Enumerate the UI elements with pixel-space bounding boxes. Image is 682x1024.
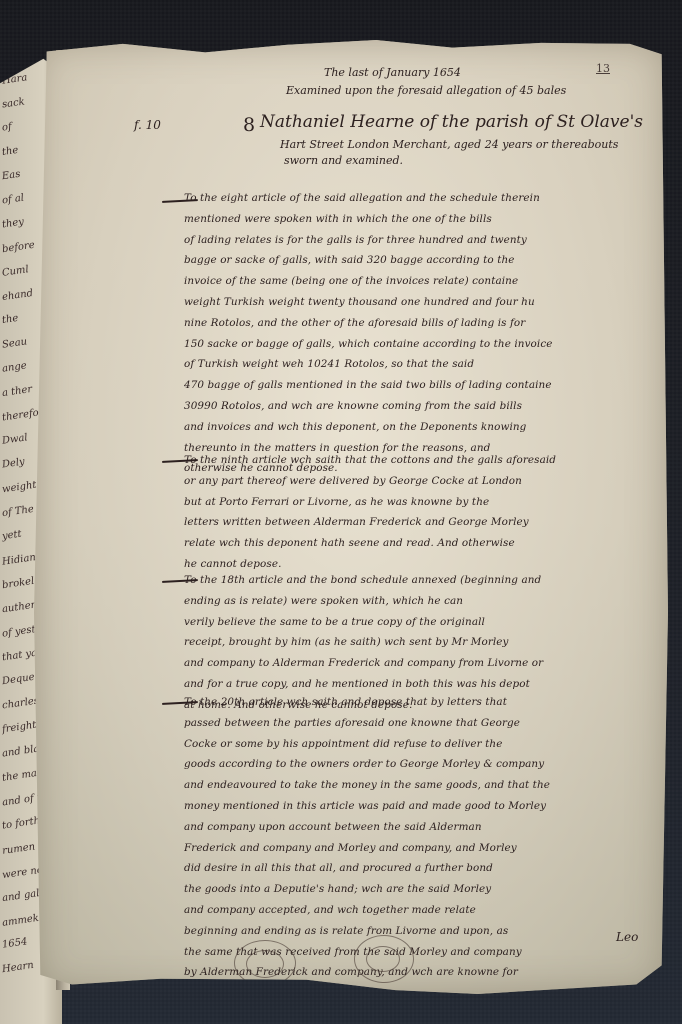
- manuscript-line: and company upon account between the sai…: [184, 817, 682, 838]
- manuscript-line: To the eight article of the said allegat…: [184, 188, 682, 209]
- facing-page-text: auther: [1, 600, 36, 616]
- facing-page-text: ange: [1, 360, 27, 374]
- facing-page-text: of The: [1, 504, 34, 519]
- manuscript-line: To the 18th article and the bond schedul…: [184, 570, 682, 591]
- manuscript-line: 30990 Rotolos, and wch are knowne coming…: [184, 396, 682, 417]
- facing-page-text: of al: [1, 193, 24, 207]
- decorative-swirl: [366, 946, 400, 972]
- facing-page-text: Dely: [1, 456, 25, 470]
- manuscript-line: To the 20th article wch saith and depose…: [184, 692, 682, 713]
- manuscript-line: invoice of the same (being one of the in…: [184, 271, 682, 292]
- facing-page-text: sack: [1, 96, 25, 110]
- facing-page-text: charles: [1, 695, 39, 711]
- manuscript-line: verily believe the same to be a true cop…: [184, 612, 682, 633]
- manuscript-line: 470 bagge of galls mentioned in the said…: [184, 375, 682, 396]
- deponent-name: Nathaniel Hearne of the parish of St Ola…: [260, 112, 643, 132]
- manuscript-line: ending as is relate) were spoken with, w…: [184, 591, 682, 612]
- manuscript-line: but at Porto Ferrari or Livorne, as he w…: [184, 492, 682, 513]
- paragraph-2: To the ninth article wch saith that the …: [184, 450, 682, 575]
- manuscript-line: and invoices and wch this deponent, on t…: [184, 417, 682, 438]
- manuscript-line: the goods into a Deputie's hand; wch are…: [184, 879, 682, 900]
- page-number: 13: [596, 62, 610, 75]
- manuscript-line: receipt, brought by him (as he saith) wc…: [184, 632, 682, 653]
- facing-page-text: Hearn: [1, 960, 34, 975]
- facing-page-text: Eas: [1, 169, 21, 182]
- facing-page-text: freight: [1, 720, 37, 736]
- decorative-swirl: [246, 950, 284, 978]
- facing-page-text: before: [1, 240, 35, 255]
- facing-page-text: brokel: [1, 576, 35, 591]
- manuscript-line: passed between the parties aforesaid one…: [184, 713, 682, 734]
- facing-page-text: of: [1, 121, 12, 133]
- manuscript-line: mentioned were spoken with in which the …: [184, 209, 682, 230]
- manuscript-line: Frederick and company and Morley and com…: [184, 838, 682, 859]
- facing-page-text: Deque: [1, 672, 35, 687]
- manuscript-line: Cocke or some by his appointment did ref…: [184, 734, 682, 755]
- manuscript-line: weight Turkish weight twenty thousand on…: [184, 292, 682, 313]
- facing-page-text: therefo: [1, 407, 39, 423]
- facing-page-text: that ya: [1, 648, 37, 664]
- facing-page-text: weight: [1, 480, 37, 496]
- manuscript-line: and endeavoured to take the money in the…: [184, 775, 682, 796]
- facing-page-text: they: [1, 217, 24, 231]
- manuscript-line: or any part thereof were delivered by Ge…: [184, 471, 682, 492]
- manuscript-line: beginning and ending as is relate from L…: [184, 921, 682, 942]
- facing-page-text: the: [1, 313, 19, 326]
- facing-page-text: a ther: [1, 384, 33, 399]
- header-residence: Hart Street London Merchant, aged 24 yea…: [280, 138, 618, 151]
- facing-page-text: and bla: [1, 743, 40, 759]
- facing-page-text: ehand: [1, 288, 33, 303]
- paragraph-1: To the eight article of the said allegat…: [184, 188, 682, 479]
- facing-page-text: yett: [1, 529, 22, 543]
- header-date: The last of January 1654: [324, 66, 461, 79]
- manuscript-line: money mentioned in this article was paid…: [184, 796, 682, 817]
- facing-page-text: Cuml: [1, 264, 29, 279]
- manuscript-line: and company to Alderman Frederick and co…: [184, 653, 682, 674]
- facing-page-text: Dwal: [1, 432, 28, 446]
- header-sworn: sworn and examined.: [284, 154, 403, 167]
- manuscript-line: nine Rotolos, and the other of the afore…: [184, 313, 682, 334]
- facing-page-text: the: [1, 145, 19, 158]
- header-allegation: Examined upon the foresaid allegation of…: [286, 84, 566, 97]
- manuscript-line: letters written between Alderman Frederi…: [184, 512, 682, 533]
- manuscript-line: did desire in all this that all, and pro…: [184, 858, 682, 879]
- folio-mark: f. 10: [134, 118, 161, 132]
- manuscript-line: 150 sacke or bagge of galls, which conta…: [184, 334, 682, 355]
- catchword: Leo: [616, 930, 638, 944]
- entry-number: 8: [243, 114, 255, 136]
- manuscript-line: of lading relates is for the galls is fo…: [184, 230, 682, 251]
- manuscript-line: and company accepted, and wch together m…: [184, 900, 682, 921]
- facing-page-text: to forth: [1, 815, 40, 831]
- manuscript-line: bagge or sacke of galls, with said 320 b…: [184, 250, 682, 271]
- facing-page-text: Seau: [1, 336, 27, 350]
- manuscript-line: relate wch this deponent hath seene and …: [184, 533, 682, 554]
- facing-page-text: 1654: [1, 936, 28, 950]
- manuscript-line: goods according to the owners order to G…: [184, 754, 682, 775]
- manuscript-page: f. 10 13 The last of January 1654 Examin…: [34, 40, 668, 994]
- manuscript-line: of Turkish weight weh 10241 Rotolos, so …: [184, 354, 682, 375]
- manuscript-line: To the ninth article wch saith that the …: [184, 450, 682, 471]
